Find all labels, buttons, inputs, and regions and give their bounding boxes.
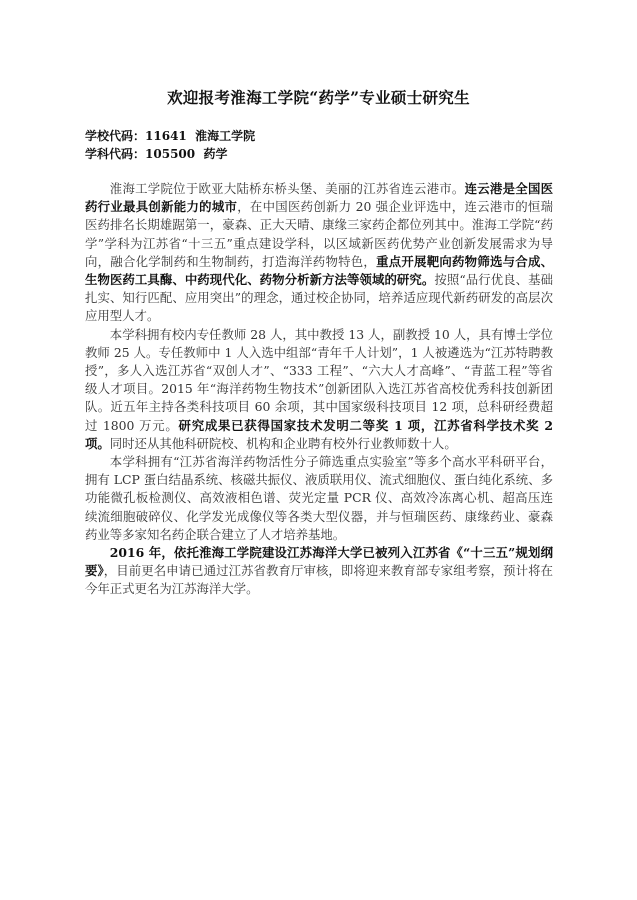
document-body: 淮海工学院位于欧亚大陆桥东桥头堡、美丽的江苏省连云港市。连云港是全国医药行业最具… xyxy=(85,180,553,599)
subject-code: 105500 xyxy=(145,147,195,161)
subject-code-label: 学科代码： xyxy=(85,147,145,161)
text-segment: 淮海工学院位于欧亚大陆桥东桥头堡、美丽的江苏省连云港市。 xyxy=(110,181,465,196)
document-title: 欢迎报考淮海工学院“药学”专业硕士研究生 xyxy=(0,86,637,108)
paragraph-facilities: 本学科拥有“江苏省海洋药物活性分子筛选重点实验室”等多个高水平科研平台，拥有 L… xyxy=(85,453,553,544)
school-code-label: 学校代码： xyxy=(85,129,145,143)
school-name: 淮海工学院 xyxy=(195,129,255,143)
subject-name: 药学 xyxy=(203,147,227,161)
paragraph-intro: 淮海工学院位于欧亚大陆桥东桥头堡、美丽的江苏省连云港市。连云港是全国医药行业最具… xyxy=(85,180,553,326)
subject-code-line: 学科代码：105500 药学 xyxy=(85,145,228,162)
text-segment: 本学科拥有“江苏省海洋药物活性分子筛选重点实验室”等多个高水平科研平台，拥有 L… xyxy=(85,454,553,542)
school-code: 11641 xyxy=(145,129,187,143)
school-code-line: 学校代码：11641 淮海工学院 xyxy=(85,127,255,144)
paragraph-faculty: 本学科拥有校内专任教师 28 人，其中教授 13 人，副教授 10 人，具有博士… xyxy=(85,326,553,453)
text-segment: 同时还从其他科研院校、机构和企业聘有校外行业教师数十人。 xyxy=(110,436,457,451)
document-page: 欢迎报考淮海工学院“药学”专业硕士研究生 学校代码：11641 淮海工学院 学科… xyxy=(0,0,637,900)
paragraph-university-rename: 2016 年，依托淮海工学院建设江苏海洋大学已被列入江苏省《“十三五”规划纲要》… xyxy=(85,544,553,599)
text-segment: ，目前更名申请已通过江苏省教育厅审核，即将迎来教育部专家组考察，预计将在今年正式… xyxy=(85,563,553,596)
